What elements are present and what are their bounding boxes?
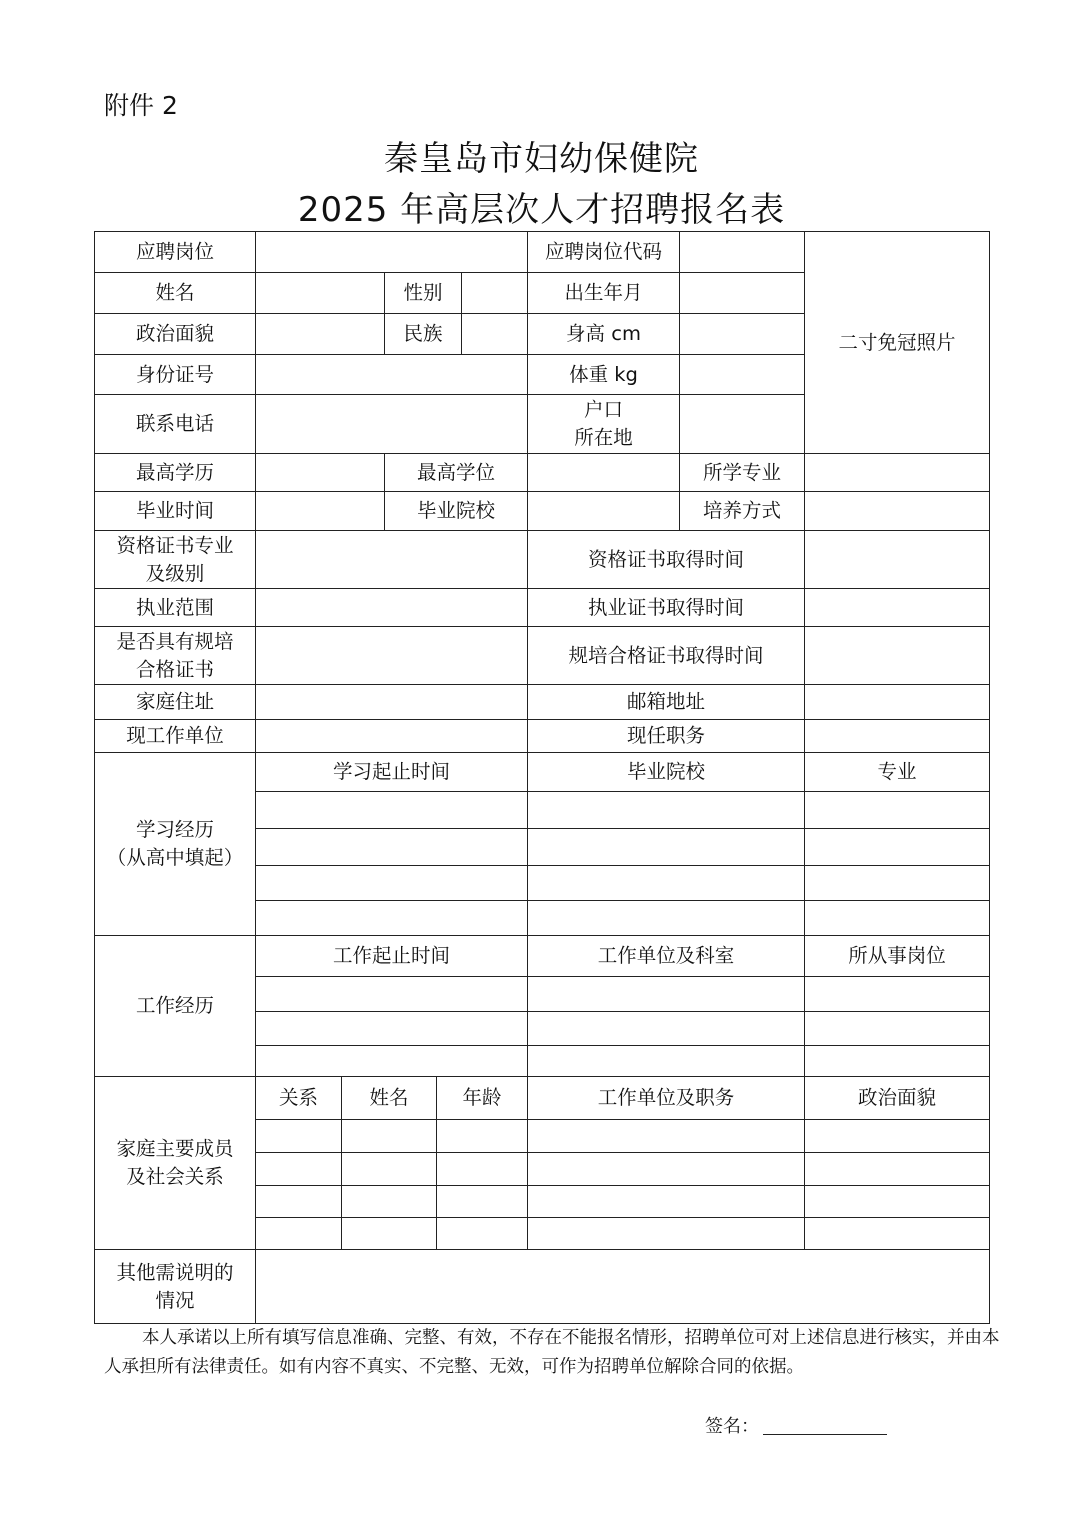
label-current-employer: 现工作单位 xyxy=(94,719,256,753)
study-header-major: 专业 xyxy=(804,752,990,792)
position-field[interactable] xyxy=(255,231,528,273)
graduation-time-field[interactable] xyxy=(255,491,385,531)
label-graduation-time: 毕业时间 xyxy=(94,491,256,531)
label-qual-cert-line1: 资格证书专业 xyxy=(116,532,233,560)
label-position-code: 应聘岗位代码 xyxy=(527,231,680,273)
family-row-2-relation[interactable] xyxy=(255,1152,342,1186)
work-row-3-position[interactable] xyxy=(804,1045,990,1077)
other-field[interactable] xyxy=(255,1249,990,1324)
label-email: 邮箱地址 xyxy=(527,684,805,720)
family-row-1-employer[interactable] xyxy=(527,1119,805,1153)
label-family-line1: 家庭主要成员 xyxy=(116,1135,233,1163)
family-header-age: 年龄 xyxy=(436,1076,528,1120)
annex-label: 附件 2 xyxy=(104,86,178,122)
family-header-name: 姓名 xyxy=(341,1076,437,1120)
label-family-line2: 及社会关系 xyxy=(126,1163,224,1191)
family-row-4-employer[interactable] xyxy=(527,1217,805,1250)
ethnicity-field[interactable] xyxy=(461,313,528,355)
qual-cert-field[interactable] xyxy=(255,530,528,589)
position-code-field[interactable] xyxy=(679,231,805,273)
highest-degree-field[interactable] xyxy=(527,453,680,492)
label-study-history: 学习经历 （从高中填起） xyxy=(94,752,256,936)
home-address-field[interactable] xyxy=(255,684,528,720)
email-field[interactable] xyxy=(804,684,990,720)
training-mode-field[interactable] xyxy=(804,491,990,531)
birth-field[interactable] xyxy=(679,272,805,314)
family-row-1-political[interactable] xyxy=(804,1119,990,1153)
label-current-position: 现任职务 xyxy=(527,719,805,753)
photo-box[interactable]: 二寸免冠照片 xyxy=(804,231,990,454)
family-row-3-name[interactable] xyxy=(341,1185,437,1218)
weight-field[interactable] xyxy=(679,354,805,395)
page-title-line1: 秦皇岛市妇幼保健院 xyxy=(94,131,989,180)
height-field[interactable] xyxy=(679,313,805,355)
family-row-2-political[interactable] xyxy=(804,1152,990,1186)
label-gender: 性别 xyxy=(384,272,462,314)
work-row-3-employer[interactable] xyxy=(527,1045,805,1077)
family-row-1-relation[interactable] xyxy=(255,1119,342,1153)
label-hukou: 户口 所在地 xyxy=(527,394,680,454)
page-title-line2: 2025 年高层次人才招聘报名表 xyxy=(94,182,989,231)
pledge-text: 本人承诺以上所有填写信息准确、完整、有效，不存在不能报名情形，招聘单位可对上述信… xyxy=(104,1324,1004,1382)
label-id-number: 身份证号 xyxy=(94,354,256,395)
practice-scope-field[interactable] xyxy=(255,588,528,627)
work-row-2-employer[interactable] xyxy=(527,1011,805,1046)
study-row-3-period[interactable] xyxy=(255,865,528,901)
work-row-1-employer[interactable] xyxy=(527,976,805,1012)
family-row-4-age[interactable] xyxy=(436,1217,528,1250)
name-field[interactable] xyxy=(255,272,385,314)
label-study-history-line1: 学习经历 xyxy=(136,816,214,844)
study-row-1-major[interactable] xyxy=(804,791,990,829)
major-field[interactable] xyxy=(804,453,990,492)
label-political: 政治面貌 xyxy=(94,313,256,355)
work-row-2-period[interactable] xyxy=(255,1011,528,1046)
label-weight: 体重 kg xyxy=(527,354,680,395)
family-row-3-political[interactable] xyxy=(804,1185,990,1218)
family-header-relation: 关系 xyxy=(255,1076,342,1120)
family-row-2-age[interactable] xyxy=(436,1152,528,1186)
label-work-history: 工作经历 xyxy=(94,935,256,1077)
current-position-field[interactable] xyxy=(804,719,990,753)
signature-line[interactable] xyxy=(763,1434,887,1435)
qual-cert-time-field[interactable] xyxy=(804,530,990,589)
family-row-3-relation[interactable] xyxy=(255,1185,342,1218)
family-row-2-name[interactable] xyxy=(341,1152,437,1186)
study-row-2-period[interactable] xyxy=(255,828,528,866)
graduation-school-field[interactable] xyxy=(527,491,680,531)
practice-cert-time-field[interactable] xyxy=(804,588,990,627)
hukou-field[interactable] xyxy=(679,394,805,454)
label-name: 姓名 xyxy=(94,272,256,314)
family-row-1-age[interactable] xyxy=(436,1119,528,1153)
family-row-2-employer[interactable] xyxy=(527,1152,805,1186)
label-other-line1: 其他需说明的 xyxy=(116,1259,233,1287)
family-header-political: 政治面貌 xyxy=(804,1076,990,1120)
study-row-4-school[interactable] xyxy=(527,900,805,936)
label-other-line2: 情况 xyxy=(155,1287,194,1315)
residency-cert-time-field[interactable] xyxy=(804,626,990,685)
study-row-1-school[interactable] xyxy=(527,791,805,829)
label-residency: 是否具有规培 合格证书 xyxy=(94,626,256,685)
family-row-3-employer[interactable] xyxy=(527,1185,805,1218)
label-qual-cert: 资格证书专业 及级别 xyxy=(94,530,256,589)
label-home-address: 家庭住址 xyxy=(94,684,256,720)
label-ethnicity: 民族 xyxy=(384,313,462,355)
label-other: 其他需说明的 情况 xyxy=(94,1249,256,1324)
current-employer-field[interactable] xyxy=(255,719,528,753)
signature-label: 签名： xyxy=(705,1412,759,1438)
label-height: 身高 cm xyxy=(527,313,680,355)
gender-field[interactable] xyxy=(461,272,528,314)
study-header-school: 毕业院校 xyxy=(527,752,805,792)
work-header-position: 所从事岗位 xyxy=(804,935,990,977)
label-study-history-line2: （从高中填起） xyxy=(107,844,244,872)
label-practice-scope: 执业范围 xyxy=(94,588,256,627)
study-row-2-school[interactable] xyxy=(527,828,805,866)
label-residency-line1: 是否具有规培 xyxy=(116,628,233,656)
study-row-4-major[interactable] xyxy=(804,900,990,936)
id-number-field[interactable] xyxy=(255,354,528,395)
label-highest-education: 最高学历 xyxy=(94,453,256,492)
label-training-mode: 培养方式 xyxy=(679,491,805,531)
label-graduation-school: 毕业院校 xyxy=(384,491,528,531)
label-hukou-line2: 所在地 xyxy=(574,424,633,452)
family-row-3-age[interactable] xyxy=(436,1185,528,1218)
label-position: 应聘岗位 xyxy=(94,231,256,273)
study-row-4-period[interactable] xyxy=(255,900,528,936)
political-field[interactable] xyxy=(255,313,385,355)
work-row-1-position[interactable] xyxy=(804,976,990,1012)
work-row-2-position[interactable] xyxy=(804,1011,990,1046)
family-row-4-name[interactable] xyxy=(341,1217,437,1250)
work-row-3-period[interactable] xyxy=(255,1045,528,1077)
work-header-period: 工作起止时间 xyxy=(255,935,528,977)
family-row-4-relation[interactable] xyxy=(255,1217,342,1250)
label-qual-cert-time: 资格证书取得时间 xyxy=(527,530,805,589)
label-highest-degree: 最高学位 xyxy=(384,453,528,492)
work-header-employer: 工作单位及科室 xyxy=(527,935,805,977)
study-row-3-school[interactable] xyxy=(527,865,805,901)
study-row-2-major[interactable] xyxy=(804,828,990,866)
study-row-3-major[interactable] xyxy=(804,865,990,901)
label-qual-cert-line2: 及级别 xyxy=(146,560,205,588)
label-phone: 联系电话 xyxy=(94,394,256,454)
label-birth: 出生年月 xyxy=(527,272,680,314)
study-header-period: 学习起止时间 xyxy=(255,752,528,792)
work-row-1-period[interactable] xyxy=(255,976,528,1012)
label-practice-cert-time: 执业证书取得时间 xyxy=(527,588,805,627)
family-row-1-name[interactable] xyxy=(341,1119,437,1153)
label-major: 所学专业 xyxy=(679,453,805,492)
label-residency-line2: 合格证书 xyxy=(136,656,214,684)
label-residency-cert-time: 规培合格证书取得时间 xyxy=(527,626,805,685)
phone-field[interactable] xyxy=(255,394,528,454)
label-family: 家庭主要成员 及社会关系 xyxy=(94,1076,256,1250)
family-row-4-political[interactable] xyxy=(804,1217,990,1250)
study-row-1-period[interactable] xyxy=(255,791,528,829)
residency-field[interactable] xyxy=(255,626,528,685)
family-header-employer: 工作单位及职务 xyxy=(527,1076,805,1120)
highest-education-field[interactable] xyxy=(255,453,385,492)
label-hukou-line1: 户口 xyxy=(584,396,623,424)
